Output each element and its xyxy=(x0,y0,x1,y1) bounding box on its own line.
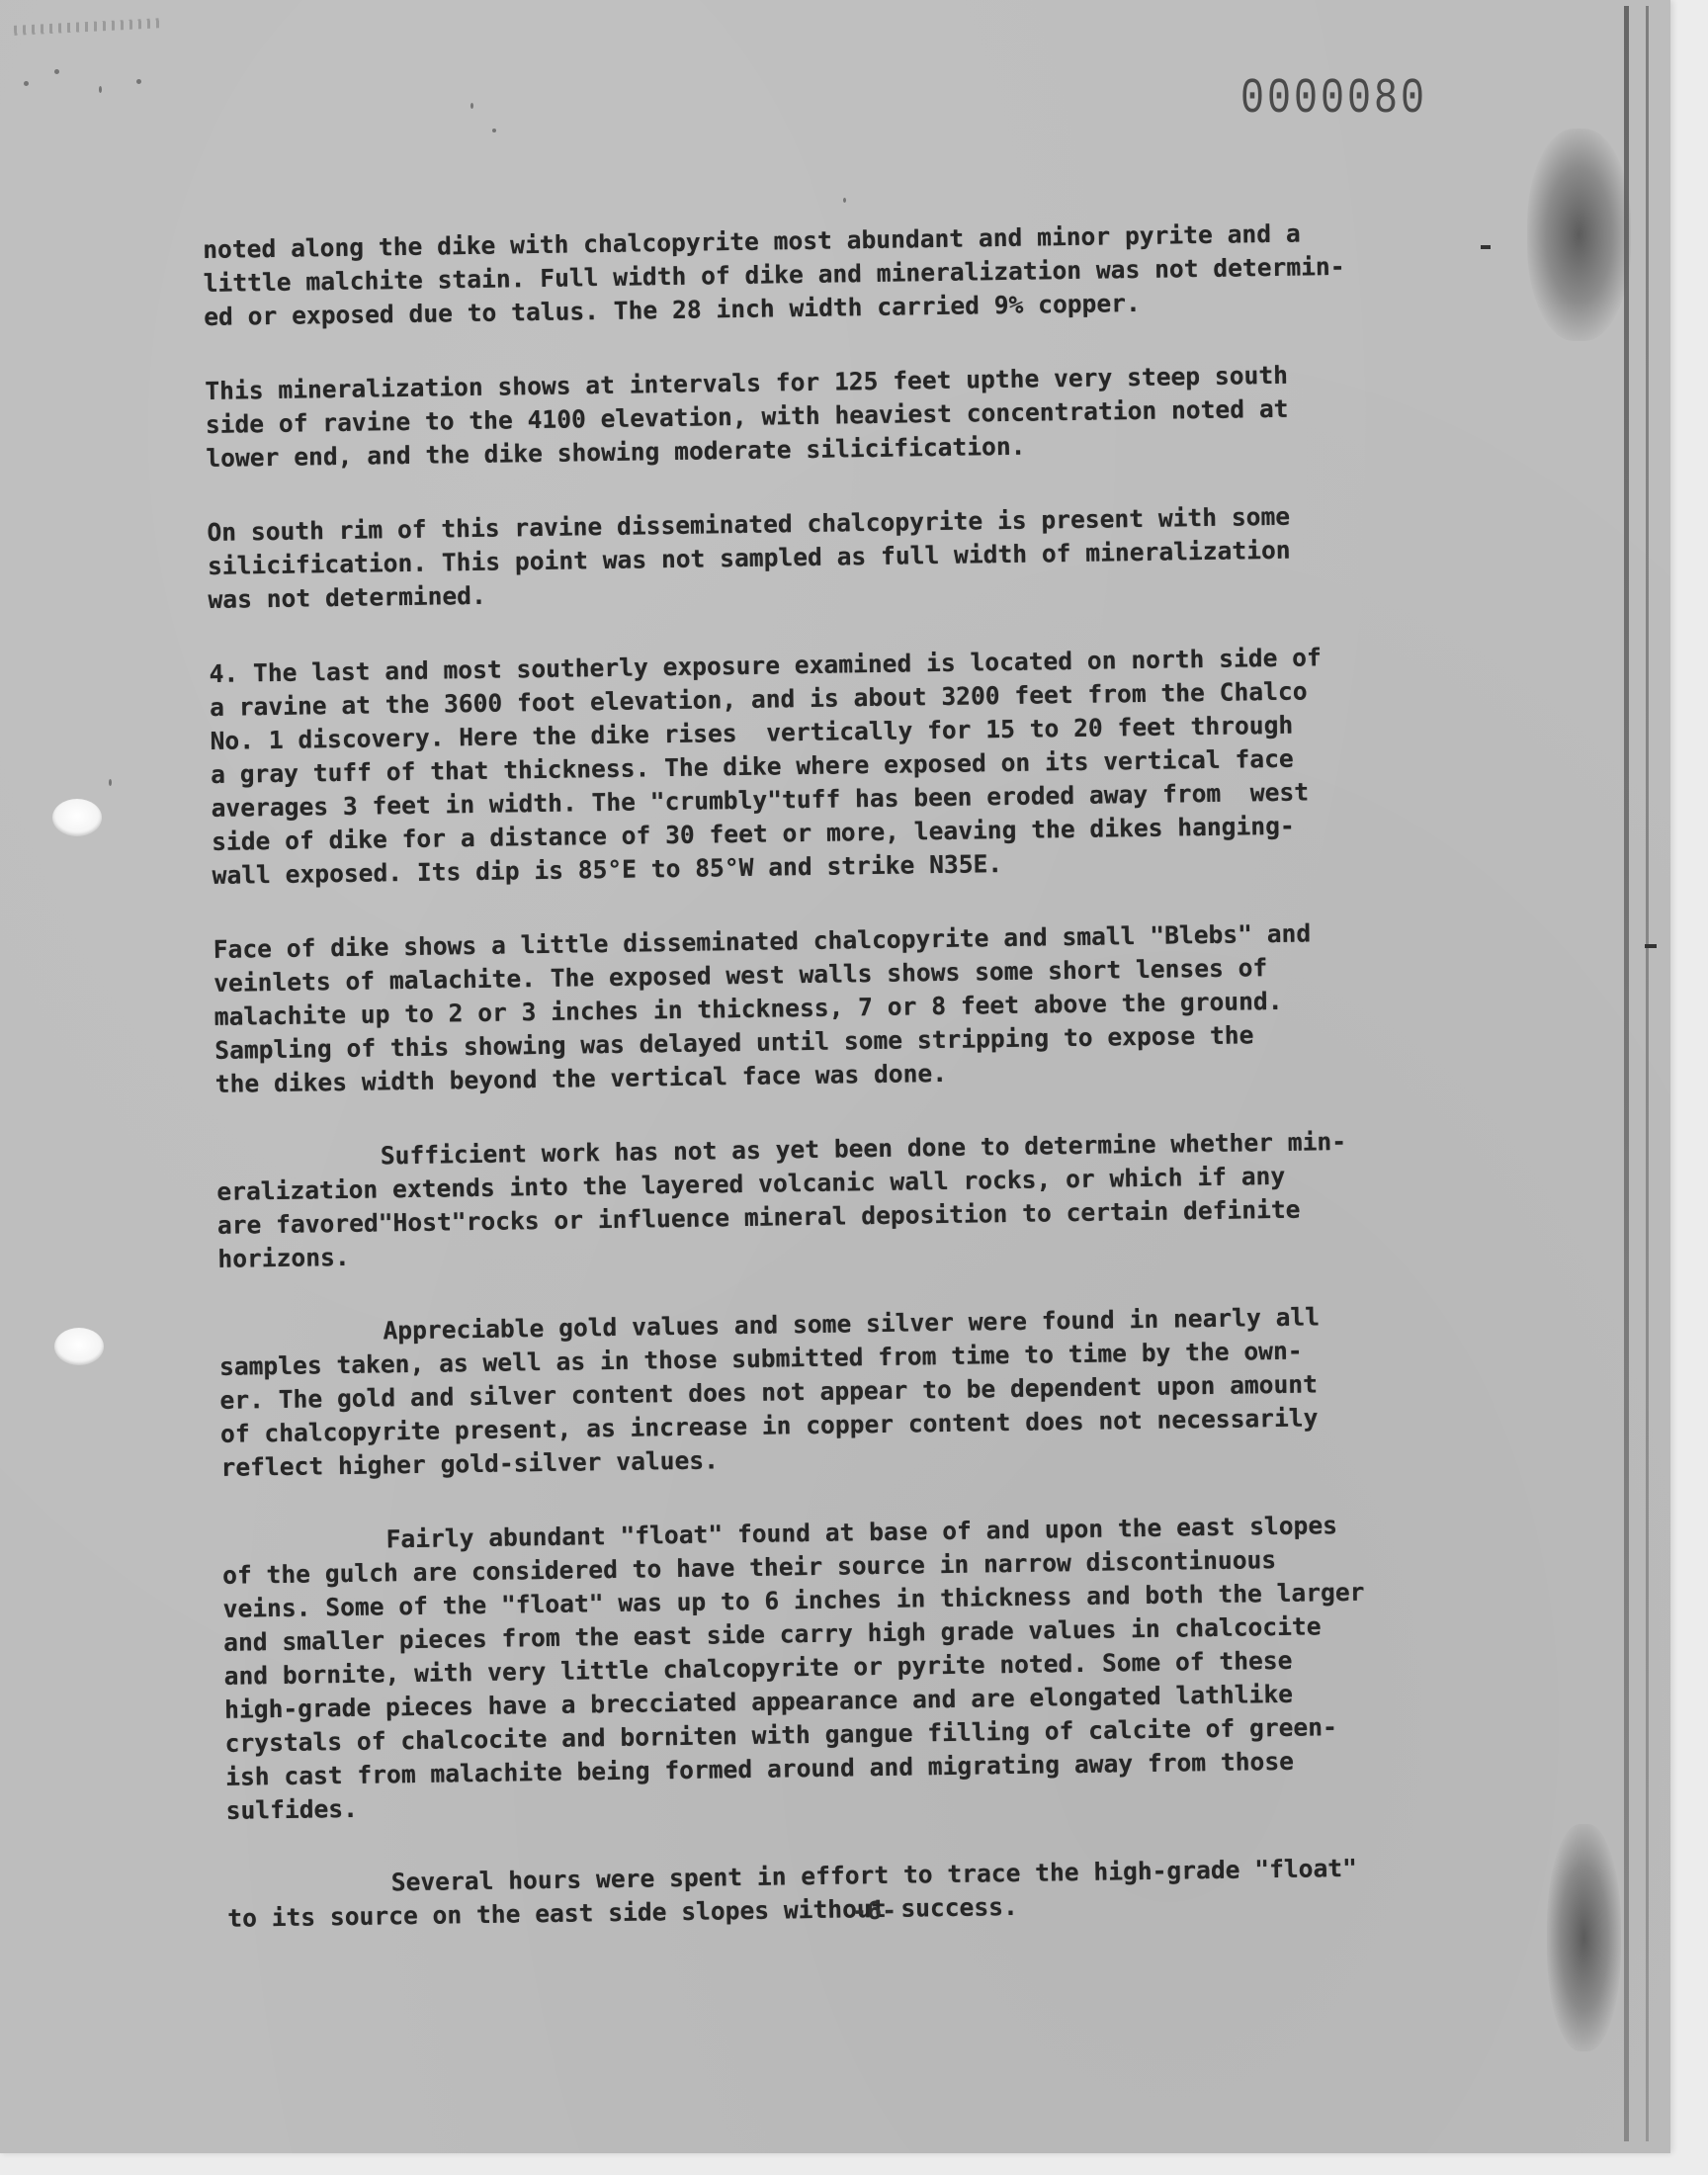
speck xyxy=(109,779,112,786)
smudge xyxy=(1547,1824,1621,2051)
paragraph: noted along the dike with chalcopyrite m… xyxy=(203,214,1528,334)
paragraph: Sufficient work has not as yet been done… xyxy=(216,1122,1543,1276)
scanned-page: 0000080 noted along the dike with chalco… xyxy=(0,0,1670,2153)
paragraph: On south rim of this ravine disseminated… xyxy=(207,496,1532,617)
speck xyxy=(99,86,102,93)
page-number: -6- xyxy=(852,1896,897,1926)
edge-mark xyxy=(1645,944,1657,948)
paragraph: Fairly abundant "float" found at base of… xyxy=(221,1506,1550,1828)
fold-line xyxy=(1646,6,1649,2141)
speck xyxy=(24,81,29,86)
document-number: 0000080 xyxy=(1240,72,1427,128)
speck xyxy=(470,103,473,109)
paragraph: This mineralization shows at intervals f… xyxy=(205,355,1530,476)
paragraph: Appreciable gold values and some silver … xyxy=(218,1297,1545,1485)
speck xyxy=(136,79,141,84)
paragraph: Face of dike shows a little disseminated… xyxy=(213,913,1540,1101)
speck xyxy=(492,129,496,132)
speck xyxy=(843,198,846,203)
punch-hole xyxy=(54,1328,104,1365)
paragraph: 4. The last and most southerly exposure … xyxy=(209,638,1536,893)
speck xyxy=(54,69,59,74)
punch-hole xyxy=(52,799,102,836)
smudge xyxy=(1527,129,1631,341)
fold-line xyxy=(1624,6,1629,2141)
document-body: noted along the dike with chalcopyrite m… xyxy=(203,214,1553,1976)
scuff-mark xyxy=(14,18,162,36)
